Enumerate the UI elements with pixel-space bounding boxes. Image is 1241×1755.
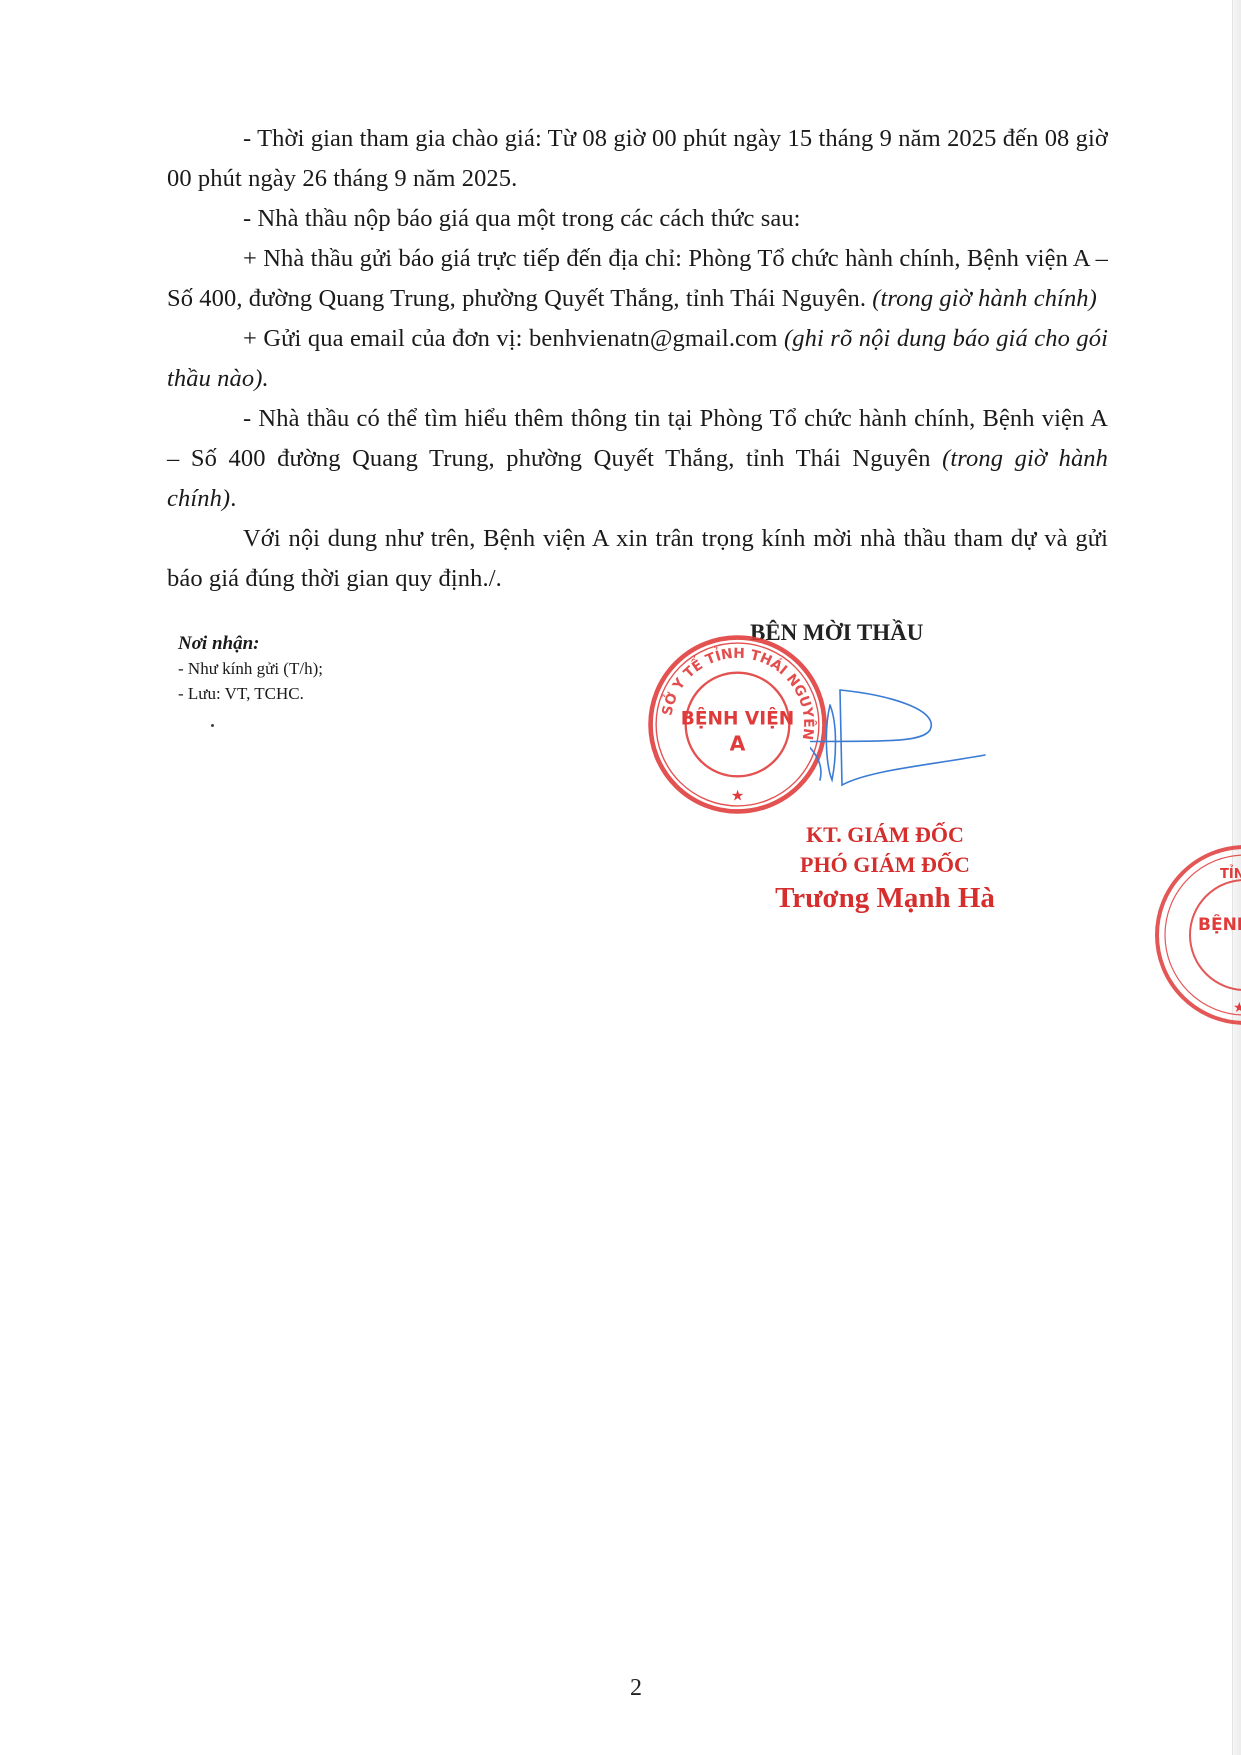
signer-role-secondary: PHÓ GIÁM ĐỐC [760,850,1010,880]
recipients-block: Nơi nhận: - Như kính gửi (T/h); - Lưu: V… [178,631,323,706]
paragraph-text: + Gửi qua email của đơn vị: benhvienatn@… [243,325,784,352]
svg-text:A: A [730,731,746,755]
recipient-item: - Như kính gửi (T/h); [178,656,323,681]
handwritten-signature-icon [810,670,1010,790]
stray-dot [211,724,214,727]
svg-text:BỆNH VIỆN: BỆNH VIỆN [681,708,794,730]
svg-text:★: ★ [731,788,744,804]
paragraph-text: . [230,485,236,512]
partial-edge-seal-icon: TỈN BỆNH A ★ [1150,840,1241,1030]
document-body: - Thời gian tham gia chào giá: Từ 08 giờ… [167,119,1108,599]
paragraph-email-submission: + Gửi qua email của đơn vị: benhvienatn@… [167,319,1108,399]
recipient-item: - Lưu: VT, TCHC. [178,681,323,706]
paragraph-submission-methods: - Nhà thầu nộp báo giá qua một trong các… [167,199,1108,239]
official-seal-icon: SỞ Y TẾ TỈNH THÁI NGUYÊN BỆNH VIỆN A ★ [645,632,830,817]
paragraph-direct-submission: + Nhà thầu gửi báo giá trực tiếp đến địa… [167,239,1108,319]
italic-note: (trong giờ hành chính) [872,285,1097,312]
paragraph-text: Với nội dung như trên, Bệnh viện A xin t… [167,525,1108,592]
signer-role-primary: KT. GIÁM ĐỐC [760,820,1010,850]
svg-text:★: ★ [1233,1001,1241,1016]
signer-name: Trương Mạnh Hà [760,880,1010,916]
page-number: 2 [630,1675,642,1702]
recipients-header: Nơi nhận: [178,631,323,656]
signer-info: KT. GIÁM ĐỐC PHÓ GIÁM ĐỐC Trương Mạnh Hà [760,820,1010,916]
paragraph-closing: Với nội dung như trên, Bệnh viện A xin t… [167,519,1108,599]
paragraph-bid-period: - Thời gian tham gia chào giá: Từ 08 giờ… [167,119,1108,199]
paragraph-more-info: - Nhà thầu có thể tìm hiểu thêm thông ti… [167,399,1108,519]
paragraph-text: - Thời gian tham gia chào giá: Từ 08 giờ… [167,125,1108,192]
svg-text:TỈN: TỈN [1220,865,1241,882]
svg-text:BỆNH: BỆNH [1198,913,1241,935]
paragraph-text: - Nhà thầu nộp báo giá qua một trong các… [243,205,801,232]
